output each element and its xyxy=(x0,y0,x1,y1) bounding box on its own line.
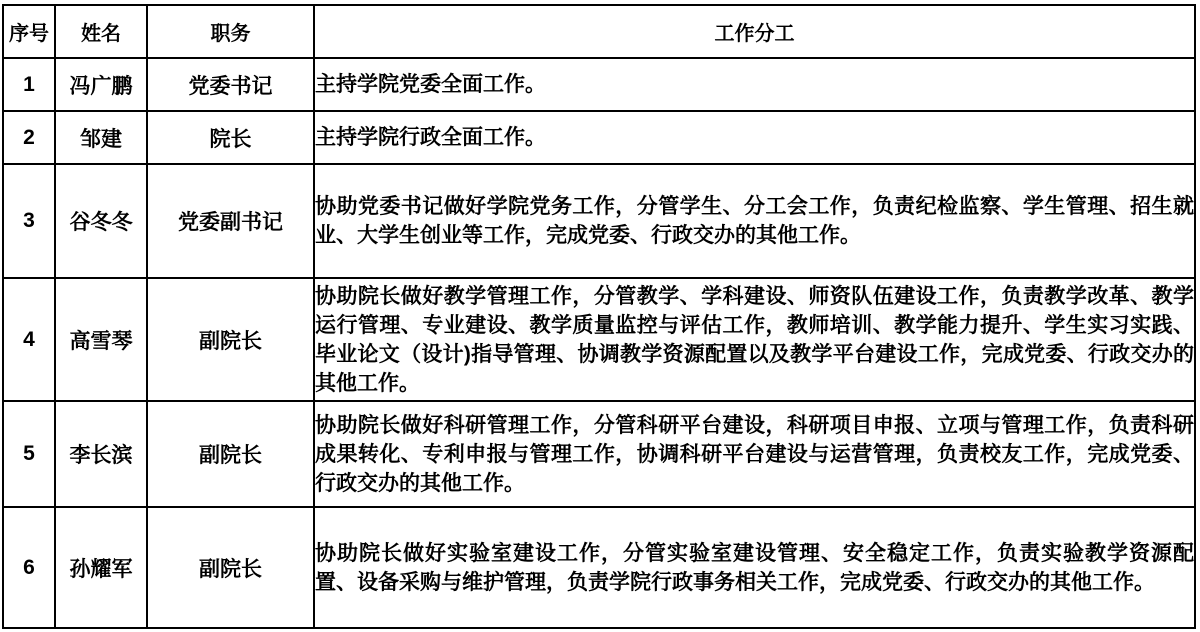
cell-name: 谷冬冬 xyxy=(55,164,147,278)
cell-index: 2 xyxy=(3,111,55,164)
table-header-row: 序号 姓名 职务 工作分工 xyxy=(3,5,1195,58)
cell-position: 副院长 xyxy=(147,401,314,507)
cell-position: 院长 xyxy=(147,111,314,164)
table-row: 5 李长滨 副院长 协助院长做好科研管理工作，分管科研平台建设，科研项目申报、立… xyxy=(3,401,1195,507)
cell-position: 副院长 xyxy=(147,278,314,401)
work-division-table: 序号 姓名 职务 工作分工 1 冯广鹏 党委书记 主持学院党委全面工作。 2 邹… xyxy=(2,4,1196,629)
col-header-position: 职务 xyxy=(147,5,314,58)
table-row: 1 冯广鹏 党委书记 主持学院党委全面工作。 xyxy=(3,58,1195,111)
cell-position: 副院长 xyxy=(147,507,314,628)
cell-name: 邹建 xyxy=(55,111,147,164)
cell-duty: 协助党委书记做好学院党务工作，分管学生、分工会工作，负责纪检监察、学生管理、招生… xyxy=(314,164,1195,278)
cell-index: 3 xyxy=(3,164,55,278)
cell-name: 李长滨 xyxy=(55,401,147,507)
table-row: 4 高雪琴 副院长 协助院长做好教学管理工作，分管教学、学科建设、师资队伍建设工… xyxy=(3,278,1195,401)
cell-position: 党委书记 xyxy=(147,58,314,111)
cell-index: 5 xyxy=(3,401,55,507)
cell-name: 冯广鹏 xyxy=(55,58,147,111)
col-header-name: 姓名 xyxy=(55,5,147,58)
cell-position: 党委副书记 xyxy=(147,164,314,278)
cell-index: 6 xyxy=(3,507,55,628)
cell-duty: 主持学院党委全面工作。 xyxy=(314,58,1195,111)
table-row: 6 孙耀军 副院长 协助院长做好实验室建设工作，分管实验室建设管理、安全稳定工作… xyxy=(3,507,1195,628)
table-row: 2 邹建 院长 主持学院行政全面工作。 xyxy=(3,111,1195,164)
col-header-index: 序号 xyxy=(3,5,55,58)
cell-duty: 协助院长做好科研管理工作，分管科研平台建设，科研项目申报、立项与管理工作，负责科… xyxy=(314,401,1195,507)
cell-duty: 主持学院行政全面工作。 xyxy=(314,111,1195,164)
table-row: 3 谷冬冬 党委副书记 协助党委书记做好学院党务工作，分管学生、分工会工作，负责… xyxy=(3,164,1195,278)
col-header-duties: 工作分工 xyxy=(314,5,1195,58)
cell-index: 4 xyxy=(3,278,55,401)
cell-duty: 协助院长做好实验室建设工作，分管实验室建设管理、安全稳定工作，负责实验教学资源配… xyxy=(314,507,1195,628)
cell-name: 孙耀军 xyxy=(55,507,147,628)
cell-duty: 协助院长做好教学管理工作，分管教学、学科建设、师资队伍建设工作，负责教学改革、教… xyxy=(314,278,1195,401)
cell-name: 高雪琴 xyxy=(55,278,147,401)
cell-index: 1 xyxy=(3,58,55,111)
